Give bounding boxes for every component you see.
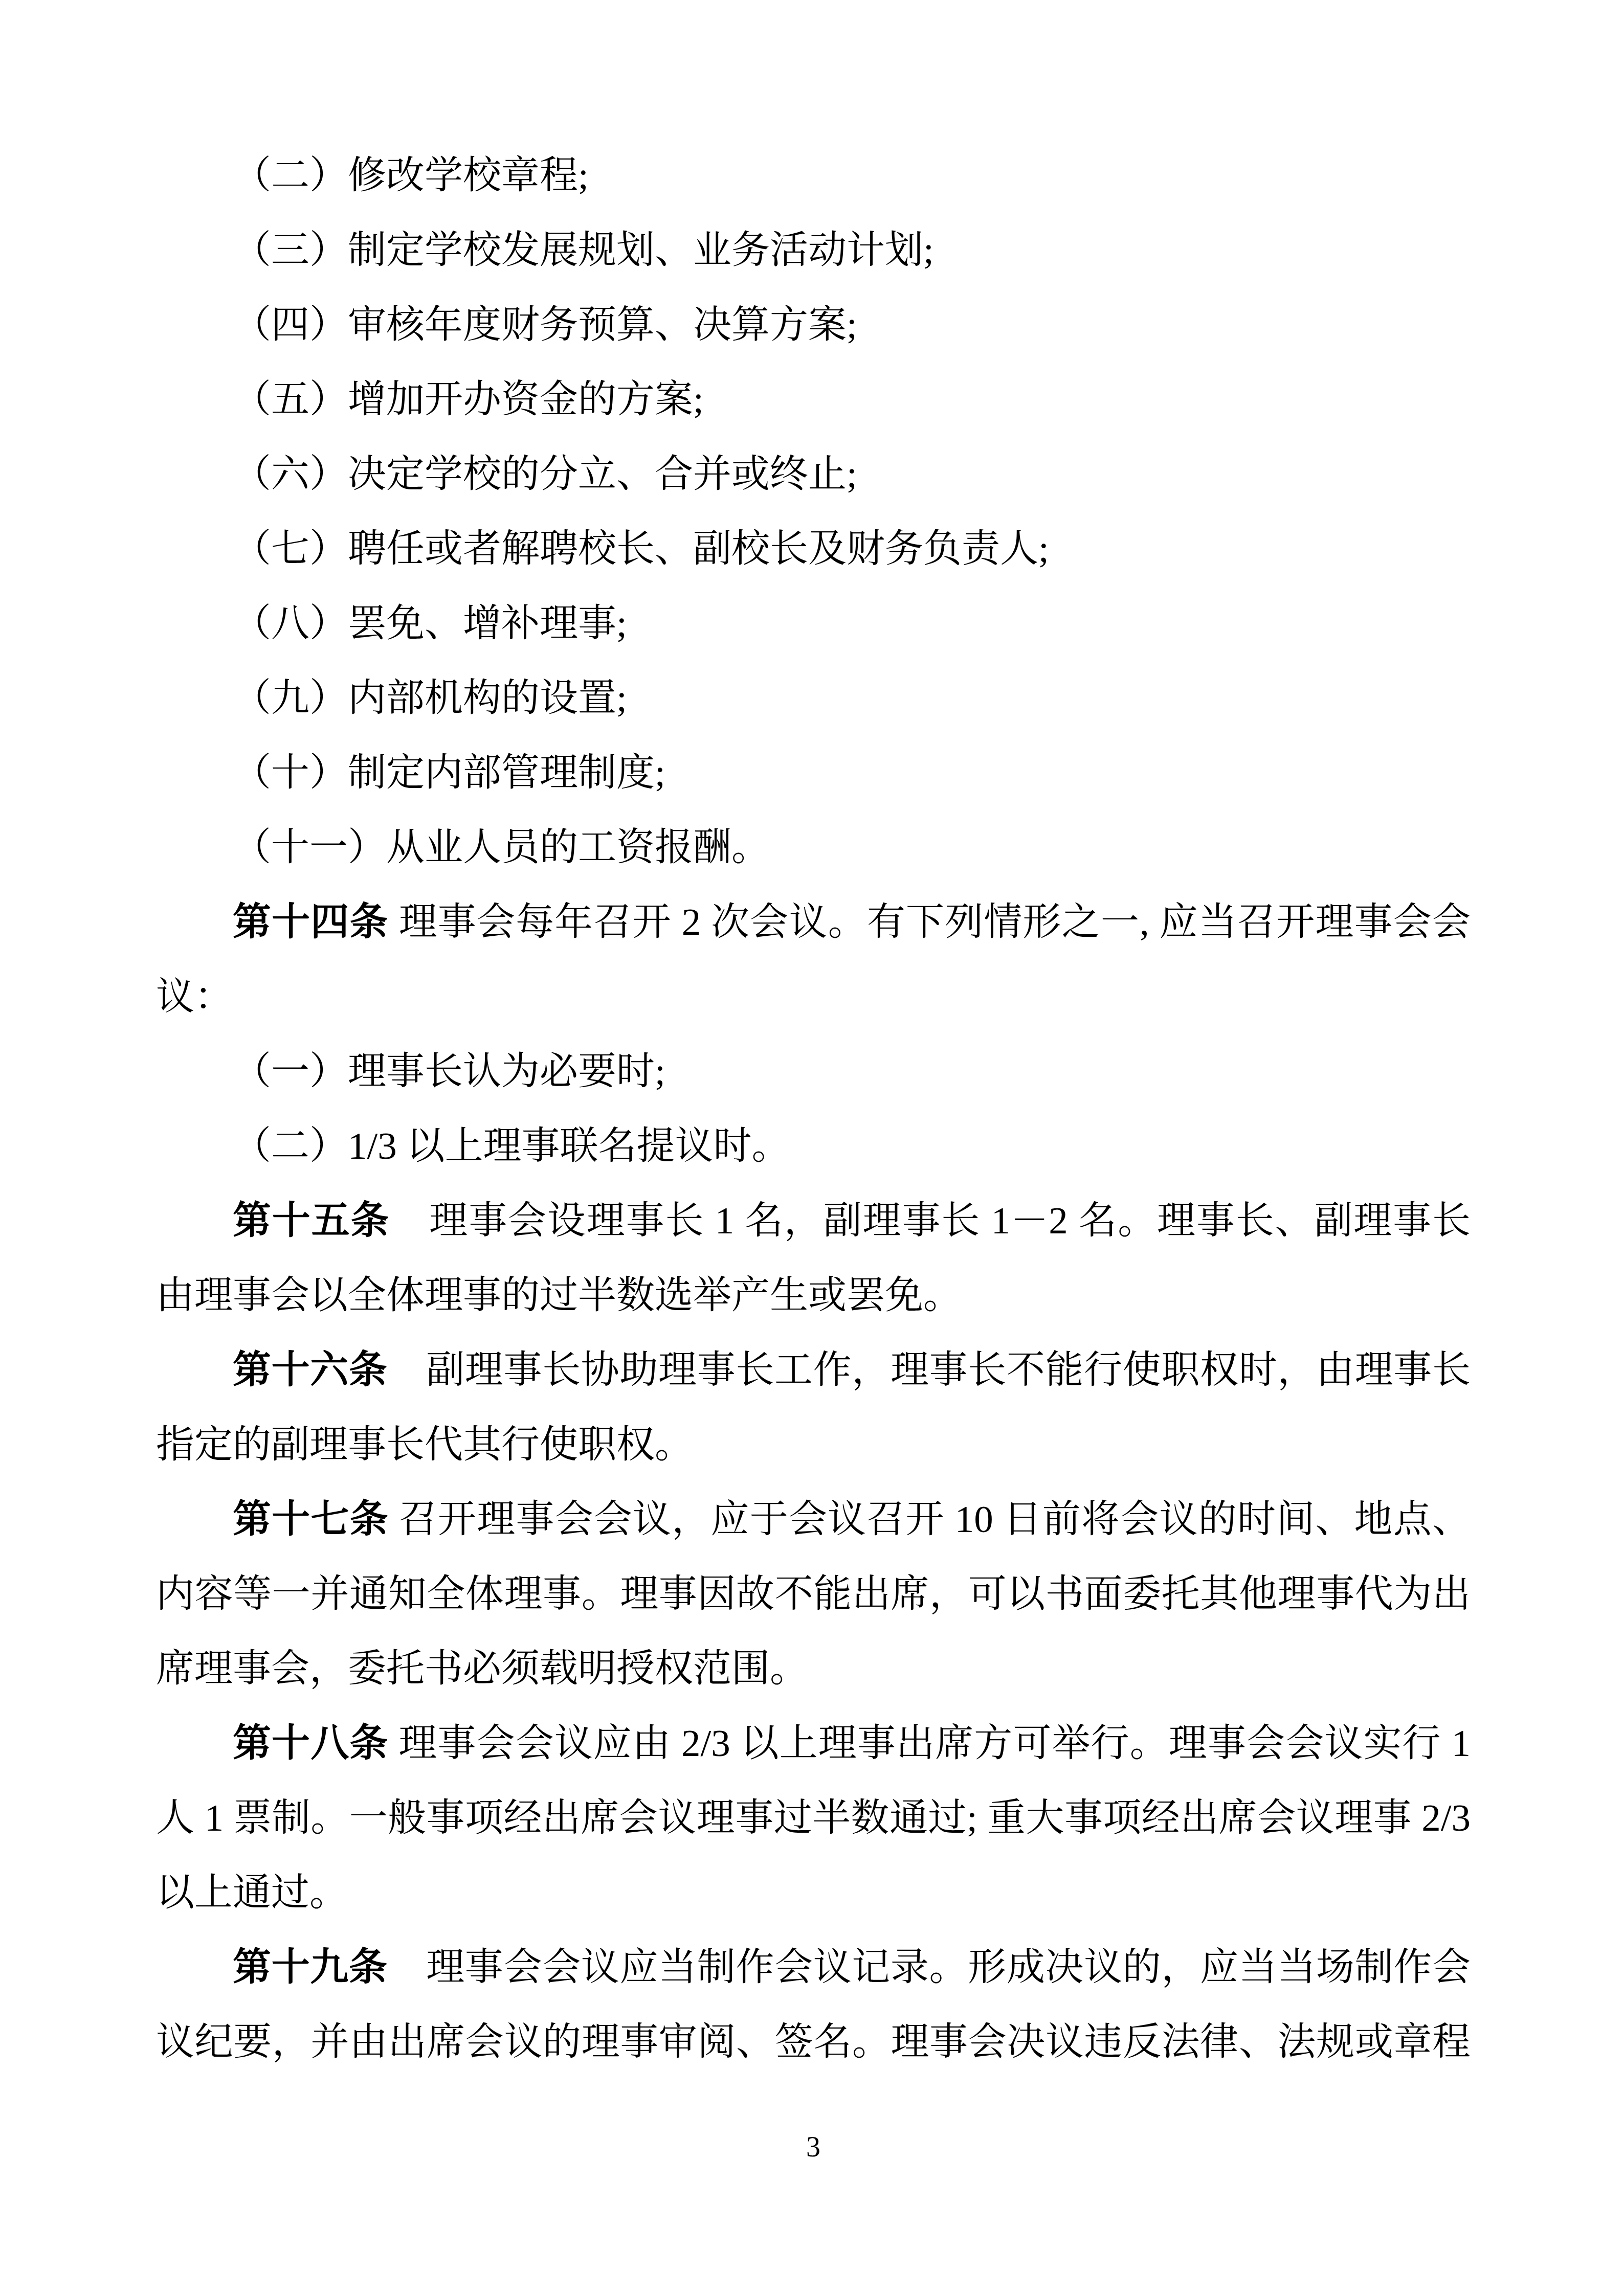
line-text: （七）聘任或者解聘校长、副校长及财务负责人; <box>233 528 1049 570</box>
list-item-2: （二）修改学校章程; <box>156 139 1471 213</box>
document-page: （二）修改学校章程; （三）制定学校发展规划、业务活动计划; （四）审核年度财务… <box>0 0 1624 2296</box>
list-item-11: （十一）从业人员的工资报酬。 <box>156 811 1471 885</box>
line-text: （四）审核年度财务预算、决算方案; <box>233 304 857 346</box>
line-text: 内容等一并通知全体理事。理事因故不能出席，可以书面委托其他理事代为出 <box>156 1573 1471 1615</box>
line-text: 以上通过。 <box>156 1872 348 1914</box>
line-text: （一）理事长认为必要时; <box>233 1050 665 1093</box>
article-15-line-2: 由理事会以全体理事的过半数选举产生或罢免。 <box>156 1258 1471 1333</box>
line-text: 副理事长协助理事长工作，理事长不能行使职权时，由理事长 <box>388 1349 1471 1391</box>
line-text: 理事会每年召开 2 次会议。有下列情形之一, 应当召开理事会会 <box>389 901 1471 943</box>
article-14-line-1: 第十四条 理事会每年召开 2 次会议。有下列情形之一, 应当召开理事会会 <box>156 885 1471 960</box>
article-number: 第十四条 <box>233 901 389 943</box>
article-19-line-2: 议纪要，并由出席会议的理事审阅、签名。理事会决议违反法律、法规或章程 <box>156 2005 1471 2080</box>
list-item-7: （七）聘任或者解聘校长、副校长及财务负责人; <box>156 512 1471 587</box>
list-item-6: （六）决定学校的分立、合并或终止; <box>156 437 1471 512</box>
line-text: （五）增加开办资金的方案; <box>233 378 704 421</box>
article-18-line-3: 以上通过。 <box>156 1856 1471 1930</box>
article-19-line-1: 第十九条 理事会会议应当制作会议记录。形成决议的，应当当场制作会 <box>156 1930 1471 2005</box>
article-number: 第十六条 <box>233 1349 388 1391</box>
line-text: 理事会会议应当制作会议记录。形成决议的，应当当场制作会 <box>388 1946 1471 1989</box>
line-text: （十）制定内部管理制度; <box>233 752 665 794</box>
article-17-line-2: 内容等一并通知全体理事。理事因故不能出席，可以书面委托其他理事代为出 <box>156 1557 1471 1632</box>
line-text: （三）制定学校发展规划、业务活动计划; <box>233 229 934 272</box>
line-text: （二）修改学校章程; <box>233 154 589 197</box>
list-item-8: （八）罢免、增补理事; <box>156 587 1471 661</box>
article-17-line-1: 第十七条 召开理事会会议，应于会议召开 10 日前将会议的时间、地点、 <box>156 1482 1471 1557</box>
list-item-5: （五）增加开办资金的方案; <box>156 363 1471 437</box>
article-number: 第十八条 <box>233 1722 388 1765</box>
line-text: 由理事会以全体理事的过半数选举产生或罢免。 <box>156 1274 962 1317</box>
article-16-line-2: 指定的副理事长代其行使职权。 <box>156 1408 1471 1482</box>
article-16-line-1: 第十六条 副理事长协助理事长工作，理事长不能行使职权时，由理事长 <box>156 1333 1471 1408</box>
article-15-line-1: 第十五条 理事会设理事长 1 名，副理事长 1－2 名。理事长、副理事长 <box>156 1184 1471 1258</box>
list-item-1b: （一）理事长认为必要时; <box>156 1034 1471 1109</box>
article-number: 第十五条 <box>233 1200 390 1242</box>
line-text: 议纪要，并由出席会议的理事审阅、签名。理事会决议违反法律、法规或章程 <box>156 2021 1471 2063</box>
article-number: 第十七条 <box>233 1498 389 1541</box>
line-text: 席理事会，委托书必须载明授权范围。 <box>156 1648 808 1690</box>
line-text: （十一）从业人员的工资报酬。 <box>233 826 770 869</box>
line-text: （八）罢免、增补理事; <box>233 602 627 645</box>
article-18-line-1: 第十八条 理事会会议应由 2/3 以上理事出席方可举行。理事会会议实行 1 <box>156 1706 1471 1781</box>
list-item-10: （十）制定内部管理制度; <box>156 736 1471 811</box>
line-text: 指定的副理事长代其行使职权。 <box>156 1424 693 1466</box>
line-text: 召开理事会会议，应于会议召开 10 日前将会议的时间、地点、 <box>389 1498 1471 1541</box>
article-number: 第十九条 <box>233 1946 388 1989</box>
line-text: 议： <box>156 976 233 1018</box>
article-14-line-2: 议： <box>156 960 1471 1034</box>
line-text: 理事会设理事长 1 名，副理事长 1－2 名。理事长、副理事长 <box>390 1200 1471 1242</box>
line-text: 理事会会议应由 2/3 以上理事出席方可举行。理事会会议实行 1 <box>388 1722 1471 1765</box>
line-text: （六）决定学校的分立、合并或终止; <box>233 453 857 496</box>
line-text: 人 1 票制。一般事项经出席会议理事过半数通过; 重大事项经出席会议理事 2/3 <box>156 1797 1471 1839</box>
line-text: （二）1/3 以上理事联名提议时。 <box>233 1125 790 1167</box>
list-item-9: （九）内部机构的设置; <box>156 661 1471 736</box>
article-17-line-3: 席理事会，委托书必须载明授权范围。 <box>156 1632 1471 1706</box>
list-item-4: （四）审核年度财务预算、决算方案; <box>156 288 1471 363</box>
list-item-3: （三）制定学校发展规划、业务活动计划; <box>156 213 1471 288</box>
list-item-2b: （二）1/3 以上理事联名提议时。 <box>156 1109 1471 1184</box>
line-text: （九）内部机构的设置; <box>233 677 627 719</box>
article-18-line-2: 人 1 票制。一般事项经出席会议理事过半数通过; 重大事项经出席会议理事 2/3 <box>156 1781 1471 1856</box>
page-number: 3 <box>156 2131 1471 2164</box>
